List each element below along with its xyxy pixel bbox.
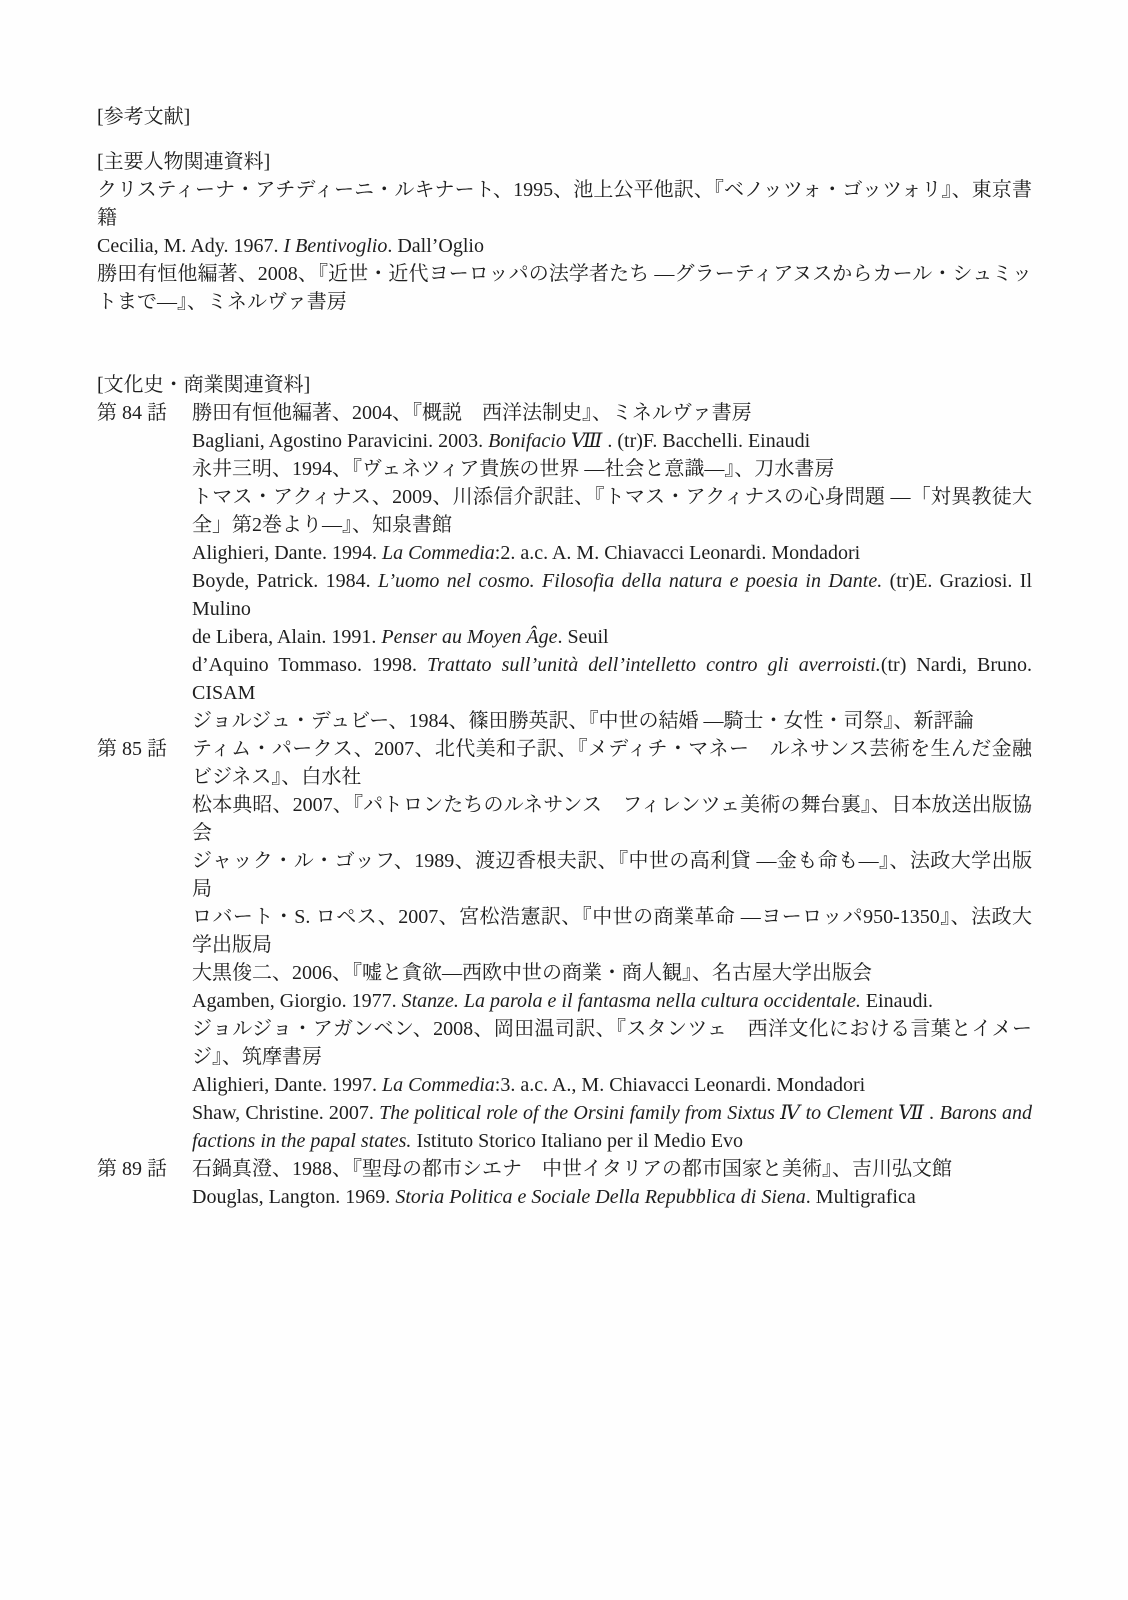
entry-text: Alighieri, Dante. 1994. La Commedia:2. a…	[192, 542, 860, 564]
entry-text: Shaw, Christine. 2007. The political rol…	[192, 1102, 1032, 1152]
section-heading: [文化史・商業関連資料]	[97, 371, 1032, 399]
entry-segment: 永井三明、1994、『ヴェネツィア貴族の世界 ―社会と意識―』、刀水書房	[192, 458, 834, 480]
reference-entry: Agamben, Giorgio. 1977. Stanze. La parol…	[97, 987, 1032, 1015]
reference-entry: トマス・アクィナス、2009、川添信介訳註、『トマス・アクィナスの心身問題 ―「…	[97, 483, 1032, 539]
reference-entry: ロバート・S. ロペス、2007、宮松浩憲訳、『中世の商業革命 ―ヨーロッパ95…	[97, 903, 1032, 959]
reference-section: [文化史・商業関連資料]第 84 話勝田有恒他編著、2004、『概説 西洋法制史…	[97, 371, 1032, 1211]
reference-entry: 勝田有恒他編著、2008、『近世・近代ヨーロッパの法学者たち ―グラーティアヌス…	[97, 260, 1032, 316]
entry-segment: Boyde, Patrick. 1984.	[192, 570, 378, 592]
reference-entry: Boyde, Patrick. 1984. L’uomo nel cosmo. …	[97, 567, 1032, 623]
entry-segment: . Multigrafica	[806, 1186, 916, 1208]
bibliography-page: [参考文献] [主要人物関連資料]クリスティーナ・アチディーニ・ルキナート、19…	[0, 0, 1128, 1600]
entry-text: 松本典昭、2007、『パトロンたちのルネサンス フィレンツェ美術の舞台裏』、日本…	[192, 794, 1032, 844]
episode-label: 第 85 話	[97, 735, 167, 763]
reference-entry: Alighieri, Dante. 1997. La Commedia:3. a…	[97, 1071, 1032, 1099]
entry-segment: Einaudi.	[861, 990, 933, 1012]
reference-entry: Shaw, Christine. 2007. The political rol…	[97, 1099, 1032, 1155]
section-heading: [主要人物関連資料]	[97, 148, 1032, 176]
reference-entry: 松本典昭、2007、『パトロンたちのルネサンス フィレンツェ美術の舞台裏』、日本…	[97, 791, 1032, 847]
reference-entry: 第 89 話石鍋真澄、1988、『聖母の都市シエナ 中世イタリアの都市国家と美術…	[97, 1155, 1032, 1183]
reference-entry: クリスティーナ・アチディーニ・ルキナート、1995、池上公平他訳、『ベノッツォ・…	[97, 176, 1032, 232]
entry-text: Cecilia, M. Ady. 1967. I Bentivoglio. Da…	[97, 235, 484, 257]
reference-section: [主要人物関連資料]クリスティーナ・アチディーニ・ルキナート、1995、池上公平…	[97, 148, 1032, 316]
entry-text: ジャック・ル・ゴッフ、1989、渡辺香根夫訳、『中世の高利貸 ―金も命も―』、法…	[192, 850, 1032, 900]
entry-segment: 勝田有恒他編著、2008、『近世・近代ヨーロッパの法学者たち ―グラーティアヌス…	[97, 263, 1032, 313]
entry-text: Alighieri, Dante. 1997. La Commedia:3. a…	[192, 1074, 865, 1096]
reference-entry: 永井三明、1994、『ヴェネツィア貴族の世界 ―社会と意識―』、刀水書房	[97, 455, 1032, 483]
entry-segment: :2. a.c. A. M. Chiavacci Leonardi. Monda…	[495, 542, 860, 564]
episode-label: 第 89 話	[97, 1155, 167, 1183]
entry-title-italic: Penser au Moyen Âge	[381, 626, 557, 648]
entry-segment: :3. a.c. A., M. Chiavacci Leonardi. Mond…	[495, 1074, 865, 1096]
entry-segment: Alighieri, Dante. 1994.	[192, 542, 382, 564]
entry-segment: 松本典昭、2007、『パトロンたちのルネサンス フィレンツェ美術の舞台裏』、日本…	[192, 794, 1032, 844]
page-title: [参考文献]	[97, 103, 1032, 131]
entry-segment: ティム・パークス、2007、北代美和子訳、『メディチ・マネー ルネサンス芸術を生…	[192, 738, 1032, 788]
sections: [主要人物関連資料]クリスティーナ・アチディーニ・ルキナート、1995、池上公平…	[97, 148, 1032, 1211]
entry-segment: ジョルジュ・デュビー、1984、篠田勝英訳、『中世の結婚 ―騎士・女性・司祭』、…	[192, 710, 974, 732]
entry-text: Boyde, Patrick. 1984. L’uomo nel cosmo. …	[192, 570, 1032, 620]
reference-entry: de Libera, Alain. 1991. Penser au Moyen …	[97, 623, 1032, 651]
entry-text: 勝田有恒他編著、2008、『近世・近代ヨーロッパの法学者たち ―グラーティアヌス…	[97, 263, 1032, 313]
reference-entry: 第 84 話勝田有恒他編著、2004、『概説 西洋法制史』、ミネルヴァ書房	[97, 399, 1032, 427]
entry-segment: . Dall’Oglio	[387, 235, 484, 257]
entry-segment: トマス・アクィナス、2009、川添信介訳註、『トマス・アクィナスの心身問題 ―「…	[192, 486, 1032, 536]
entry-text: d’Aquino Tommaso. 1998. Trattato sull’un…	[192, 654, 1032, 704]
reference-entry: d’Aquino Tommaso. 1998. Trattato sull’un…	[97, 651, 1032, 707]
entry-segment: Istituto Storico Italiano per il Medio E…	[411, 1130, 743, 1152]
entry-text: ティム・パークス、2007、北代美和子訳、『メディチ・マネー ルネサンス芸術を生…	[192, 738, 1032, 788]
entry-segment: Agamben, Giorgio. 1977.	[192, 990, 402, 1012]
episode-label: 第 84 話	[97, 399, 167, 427]
entry-segment: ジョルジョ・アガンベン、2008、岡田温司訳、『スタンツェ 西洋文化における言葉…	[192, 1018, 1032, 1068]
reference-entry: Alighieri, Dante. 1994. La Commedia:2. a…	[97, 539, 1032, 567]
entry-segment: Bagliani, Agostino Paravicini. 2003.	[192, 430, 488, 452]
entry-text: 永井三明、1994、『ヴェネツィア貴族の世界 ―社会と意識―』、刀水書房	[192, 458, 834, 480]
reference-entry: ジョルジョ・アガンベン、2008、岡田温司訳、『スタンツェ 西洋文化における言葉…	[97, 1015, 1032, 1071]
reference-entry: Cecilia, M. Ady. 1967. I Bentivoglio. Da…	[97, 232, 1032, 260]
entry-segment: Douglas, Langton. 1969.	[192, 1186, 395, 1208]
entry-text: Douglas, Langton. 1969. Storia Politica …	[192, 1186, 916, 1208]
entry-title-italic: La Commedia	[382, 542, 495, 564]
entry-segment: Shaw, Christine. 2007.	[192, 1102, 379, 1124]
entry-segment: 勝田有恒他編著、2004、『概説 西洋法制史』、ミネルヴァ書房	[192, 402, 752, 424]
entry-text: 勝田有恒他編著、2004、『概説 西洋法制史』、ミネルヴァ書房	[192, 402, 752, 424]
entry-segment: de Libera, Alain. 1991.	[192, 626, 381, 648]
entry-text: トマス・アクィナス、2009、川添信介訳註、『トマス・アクィナスの心身問題 ―「…	[192, 486, 1032, 536]
entry-title-italic: Trattato sull’unità dell’intelletto cont…	[427, 654, 881, 676]
reference-entry: ジョルジュ・デュビー、1984、篠田勝英訳、『中世の結婚 ―騎士・女性・司祭』、…	[97, 707, 1032, 735]
reference-entry: Bagliani, Agostino Paravicini. 2003. Bon…	[97, 427, 1032, 455]
entry-text: クリスティーナ・アチディーニ・ルキナート、1995、池上公平他訳、『ベノッツォ・…	[97, 179, 1032, 229]
entry-text: Agamben, Giorgio. 1977. Stanze. La parol…	[192, 990, 933, 1012]
entry-text: ジョルジュ・デュビー、1984、篠田勝英訳、『中世の結婚 ―騎士・女性・司祭』、…	[192, 710, 974, 732]
entry-title-italic: Stanze. La parola e il fantasma nella cu…	[402, 990, 861, 1012]
entry-title-italic: L’uomo nel cosmo. Filosofia della natura…	[378, 570, 882, 592]
entry-text: ロバート・S. ロペス、2007、宮松浩憲訳、『中世の商業革命 ―ヨーロッパ95…	[192, 906, 1032, 956]
entry-text: ジョルジョ・アガンベン、2008、岡田温司訳、『スタンツェ 西洋文化における言葉…	[192, 1018, 1032, 1068]
reference-entry: Douglas, Langton. 1969. Storia Politica …	[97, 1183, 1032, 1211]
reference-entry: 第 85 話ティム・パークス、2007、北代美和子訳、『メディチ・マネー ルネサ…	[97, 735, 1032, 791]
entry-segment: 大黒俊二、2006、『嘘と貪欲―西欧中世の商業・商人観』、名古屋大学出版会	[192, 962, 872, 984]
entry-segment: Cecilia, M. Ady. 1967.	[97, 235, 283, 257]
entry-segment: . Seuil	[557, 626, 608, 648]
entry-segment: Alighieri, Dante. 1997.	[192, 1074, 382, 1096]
entry-text: 大黒俊二、2006、『嘘と貪欲―西欧中世の商業・商人観』、名古屋大学出版会	[192, 962, 872, 984]
entry-text: Bagliani, Agostino Paravicini. 2003. Bon…	[192, 430, 810, 452]
entry-segment: d’Aquino Tommaso. 1998.	[192, 654, 427, 676]
entry-segment: ジャック・ル・ゴッフ、1989、渡辺香根夫訳、『中世の高利貸 ―金も命も―』、法…	[192, 850, 1032, 900]
reference-entry: 大黒俊二、2006、『嘘と貪欲―西欧中世の商業・商人観』、名古屋大学出版会	[97, 959, 1032, 987]
entry-text: de Libera, Alain. 1991. Penser au Moyen …	[192, 626, 609, 648]
entry-title-italic: La Commedia	[382, 1074, 495, 1096]
entry-segment: ロバート・S. ロペス、2007、宮松浩憲訳、『中世の商業革命 ―ヨーロッパ95…	[192, 906, 1032, 956]
entry-title-italic: Bonifacio Ⅷ	[488, 430, 602, 452]
entry-text: 石鍋真澄、1988、『聖母の都市シエナ 中世イタリアの都市国家と美術』、吉川弘文…	[192, 1158, 952, 1180]
entry-segment: . (tr)F. Bacchelli. Einaudi	[602, 430, 810, 452]
reference-entry: ジャック・ル・ゴッフ、1989、渡辺香根夫訳、『中世の高利貸 ―金も命も―』、法…	[97, 847, 1032, 903]
entry-segment: クリスティーナ・アチディーニ・ルキナート、1995、池上公平他訳、『ベノッツォ・…	[97, 179, 1032, 229]
entry-title-italic: Storia Politica e Sociale Della Repubbli…	[395, 1186, 805, 1208]
entry-segment: 石鍋真澄、1988、『聖母の都市シエナ 中世イタリアの都市国家と美術』、吉川弘文…	[192, 1158, 952, 1180]
entry-title-italic: I Bentivoglio	[283, 235, 387, 257]
